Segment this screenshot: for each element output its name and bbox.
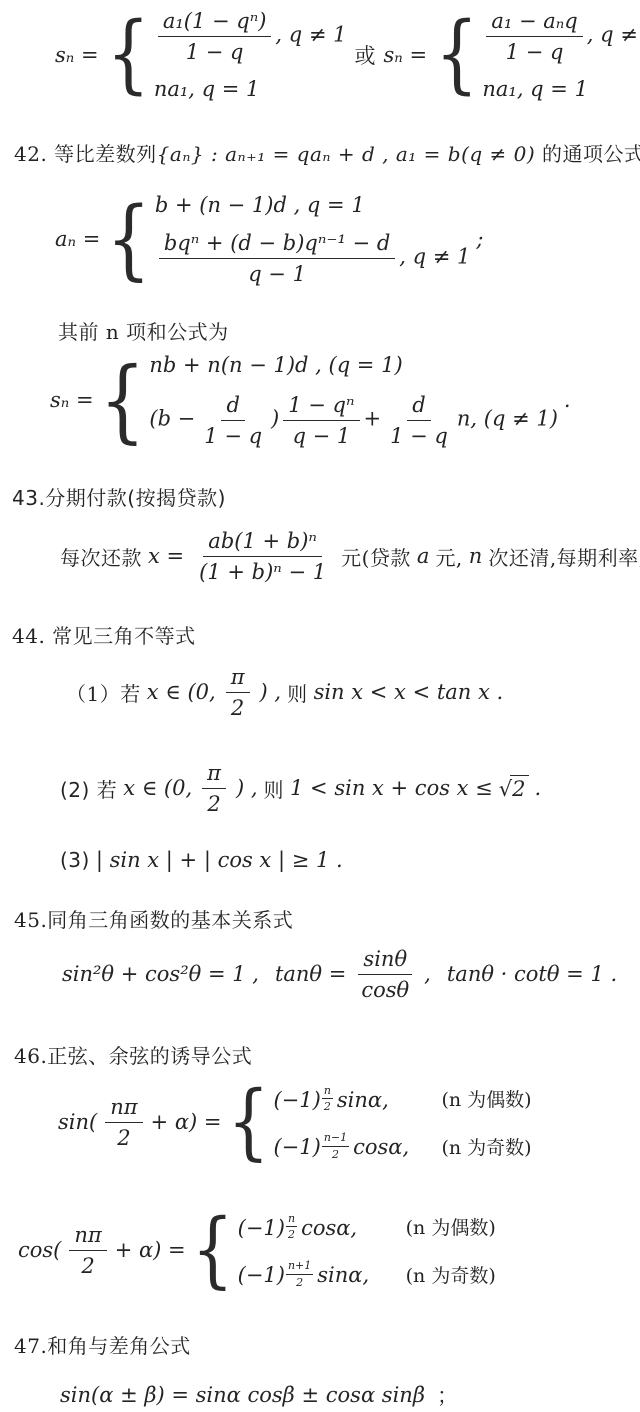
semicolon: ; (476, 227, 483, 251)
cases-46-cos: { (−1)n2cosα,(n 为偶数) (−1)n+12sinα,(n 为奇数… (192, 1212, 496, 1289)
sin-sum-identity: sin(α ± β) = sinα cosβ ± cosα sinβ (60, 1383, 425, 1407)
case-expr: nb + n(n − 1)d , (q = 1) (149, 353, 402, 377)
exp-denominator: 2 (324, 1099, 331, 1113)
numerator: π (202, 760, 226, 789)
case-row: na₁, q = 1 (154, 76, 347, 102)
numerator: d (407, 392, 430, 421)
denominator: (1 + b)ⁿ − 1 (194, 557, 331, 584)
case-expr: (−1)n2sinα, (273, 1084, 441, 1113)
cases-geometric-sum-2: { a₁ − aₙq1 − q, q ≠ 1 na₁, q = 1 (435, 8, 640, 103)
fraction: d1 − q (385, 392, 453, 448)
unit-text: 元(贷款 (341, 542, 411, 571)
sn-lhs-2: sₙ = (384, 43, 428, 67)
formula-42-sum: sₙ = { nb + n(n − 1)d , (q = 1) (b −d1 −… (50, 352, 571, 449)
fraction: d1 − q (199, 392, 267, 448)
left-brace: { (435, 13, 478, 98)
exp-numerator: n (286, 1212, 297, 1227)
math-formula-sheet-page: sₙ = { a₁(1 − qⁿ)1 − q, q ≠ 1 na₁, q = 1… (0, 0, 640, 1412)
case-rows: (−1)n2cosα,(n 为偶数) (−1)n+12sinα,(n 为奇数) (238, 1212, 496, 1289)
exp-numerator: n+1 (286, 1259, 313, 1274)
case-expr: b + (n − 1)d , q = 1 (155, 193, 365, 217)
payment-label: 每次还款 (60, 542, 142, 571)
case-row: na₁, q = 1 (482, 76, 640, 102)
denominator: 1 − q (181, 37, 249, 64)
fraction: 1 − qⁿq − 1 (283, 392, 359, 448)
exp-denominator: 2 (288, 1227, 295, 1241)
condition: n, (q ≠ 1) (457, 407, 558, 431)
exponent-fraction: n+12 (286, 1259, 313, 1288)
left-brace: { (106, 196, 151, 284)
sqrt-2: √2 (499, 775, 529, 801)
formula-43-installment: 每次还款 x = ab(1 + b)ⁿ(1 + b)ⁿ − 1 元(贷款 a 元… (60, 528, 640, 584)
case-row: bqⁿ + (d − b)qⁿ⁻¹ − dq − 1, q ≠ 1 (155, 230, 471, 286)
parity-note: (n 为偶数) (441, 1085, 531, 1112)
fraction: a₁(1 − qⁿ)1 − q (158, 8, 272, 64)
trig-term: sinα, (317, 1263, 369, 1287)
fraction: nπ2 (105, 1094, 142, 1150)
var-a: a (417, 544, 430, 568)
inequality-2: (2) 若 x ∈ (0, π2 ) , 则 1 < sin x + cos x… (60, 760, 541, 816)
heading-42-text: 42. 等比差数列 (14, 142, 157, 166)
radicand: 2 (510, 775, 528, 801)
exponent-fraction: n2 (322, 1084, 333, 1113)
denominator: q − 1 (288, 421, 356, 448)
trig-term: cosα, (353, 1135, 409, 1159)
heading-46-text: 46.正弦、余弦的诱导公式 (14, 1044, 252, 1068)
period: . (535, 776, 542, 800)
heading-47: 47.和角与差角公式 (14, 1330, 191, 1359)
heading-47-text: 47.和角与差角公式 (14, 1334, 191, 1358)
heading-44-text: 44. 常见三角不等式 (12, 624, 196, 648)
heading-42-math: {aₙ} : aₙ₊₁ = qaₙ + d , a₁ = b(q ≠ 0) (157, 142, 536, 166)
case-row: (b −d1 − q)1 − qⁿq − 1+d1 − qn, (q ≠ 1) (149, 392, 558, 448)
left-brace: { (100, 355, 146, 445)
sum-label-text: 其前 n 项和公式为 (58, 320, 229, 344)
condition: , q ≠ 1 (275, 23, 346, 47)
case-expr: (−1)n+12sinα, (238, 1259, 406, 1288)
base: (−1) (273, 1088, 320, 1112)
exp-denominator: 2 (296, 1275, 303, 1289)
var-n: n (469, 544, 483, 568)
numerator: π (226, 664, 250, 693)
fraction: sinθcosθ (356, 946, 414, 1002)
case-row: (−1)n2cosα,(n 为偶数) (238, 1212, 496, 1241)
numerator: nπ (69, 1222, 106, 1251)
comma: , (424, 962, 431, 986)
case-expr: na₁, q = 1 (154, 77, 260, 101)
heading-45: 45.同角三角函数的基本关系式 (14, 904, 293, 933)
condition: , q ≠ 1 (587, 23, 640, 47)
cases-46-sin: { (−1)n2sinα,(n 为偶数) (−1)n−12cosα,(n 为奇数… (227, 1084, 531, 1161)
formula-geometric-sum: sₙ = { a₁(1 − qⁿ)1 − q, q ≠ 1 na₁, q = 1… (55, 8, 640, 103)
exponent-fraction: n2 (286, 1212, 297, 1241)
sum-formula-label: 其前 n 项和公式为 (58, 316, 229, 345)
exp-denominator: 2 (332, 1147, 339, 1161)
item-3-label: (3) (60, 848, 90, 872)
numerator: sinθ (358, 946, 412, 975)
left-brace: { (107, 13, 150, 98)
denominator: 1 − q (385, 421, 453, 448)
then-word: 则 (287, 678, 308, 707)
rate-text: 次还清,每期利率为 (488, 542, 640, 571)
case-row: (−1)n−12cosα,(n 为奇数) (273, 1131, 531, 1160)
term: (b − (149, 407, 195, 431)
denominator: 2 (202, 789, 225, 816)
trig-term: cosα, (301, 1216, 357, 1240)
formula-46-cos: cos( nπ2 + α) = { (−1)n2cosα,(n 为偶数) (−1… (18, 1212, 496, 1289)
tan-lhs: tanθ = (275, 962, 346, 986)
exponent-fraction: n−12 (322, 1131, 349, 1160)
case-rows: nb + n(n − 1)d , (q = 1) (b −d1 − q)1 − … (149, 352, 558, 449)
plus-sign: + (364, 407, 382, 431)
cases-geometric-sum-1: { a₁(1 − qⁿ)1 − q, q ≠ 1 na₁, q = 1 (107, 8, 347, 103)
case-rows: a₁ − aₙq1 − q, q ≠ 1 na₁, q = 1 (482, 8, 640, 103)
item-1-label: （1）若 (66, 678, 141, 707)
heading-46: 46.正弦、余弦的诱导公式 (14, 1040, 252, 1069)
parity-note: (n 为偶数) (406, 1213, 496, 1240)
heading-42: 42. 等比差数列{aₙ} : aₙ₊₁ = qaₙ + d , a₁ = b(… (14, 138, 640, 167)
period: . (564, 388, 571, 412)
fraction: nπ2 (69, 1222, 106, 1278)
numerator: 1 − qⁿ (283, 392, 359, 421)
denominator: 2 (226, 693, 249, 720)
base: (−1) (238, 1263, 285, 1287)
numerator: nπ (105, 1094, 142, 1123)
denominator: 1 − q (501, 37, 569, 64)
formula-47-sin-sum: sin(α ± β) = sinα cosβ ± cosα sinβ ； (60, 1380, 458, 1410)
fraction: ab(1 + b)ⁿ(1 + b)ⁿ − 1 (194, 528, 331, 584)
exp-numerator: n−1 (322, 1131, 349, 1146)
case-expr: (−1)n2cosα, (238, 1212, 406, 1241)
or-word: 或 (355, 40, 376, 70)
semicolon: ； (437, 1380, 458, 1410)
case-rows: a₁(1 − qⁿ)1 − q, q ≠ 1 na₁, q = 1 (154, 8, 347, 103)
cases-general-term: { b + (n − 1)d , q = 1 bqⁿ + (d − b)qⁿ⁻¹… (106, 192, 470, 287)
cases-42-sum: { nb + n(n − 1)d , (q = 1) (b −d1 − q)1 … (100, 352, 558, 449)
fraction: π2 (226, 664, 250, 720)
cos-lhs-open: cos( (18, 1238, 61, 1262)
fraction: bqⁿ + (d − b)qⁿ⁻¹ − dq − 1 (159, 230, 395, 286)
close-paren: ) , (236, 776, 258, 800)
denominator: 1 − q (199, 421, 267, 448)
heading-43: 43.分期付款(按揭贷款) (12, 482, 226, 511)
inequality-3: (3) | sin x | + | cos x | ≥ 1 . (60, 848, 343, 872)
case-row: (−1)n2sinα,(n 为偶数) (273, 1084, 531, 1113)
inequality-expr: sin x < x < tan x . (314, 680, 504, 704)
numerator: ab(1 + b)ⁿ (203, 528, 322, 557)
domain-expr: x ∈ (0, (147, 680, 216, 704)
case-row: (−1)n+12sinα,(n 为奇数) (238, 1259, 496, 1288)
base: (−1) (238, 1216, 285, 1240)
item-2-label: (2) 若 (60, 774, 117, 803)
left-brace: { (227, 1081, 269, 1164)
an-lhs: aₙ = (55, 227, 100, 251)
heading-45-text: 45.同角三角函数的基本关系式 (14, 908, 293, 932)
sn-lhs: sₙ = (50, 388, 94, 412)
denominator: q − 1 (243, 259, 311, 286)
inequality-expr: | sin x | + | cos x | ≥ 1 . (96, 848, 343, 872)
sn-lhs: sₙ = (55, 43, 99, 67)
close-paren: ) , (260, 680, 282, 704)
inequality-expr: 1 < sin x + cos x ≤ (290, 776, 493, 800)
domain-expr: x ∈ (0, (123, 776, 192, 800)
left-brace: { (192, 1209, 234, 1292)
case-rows: b + (n − 1)d , q = 1 bqⁿ + (d − b)qⁿ⁻¹ −… (155, 192, 471, 287)
trig-term: sinα, (337, 1088, 389, 1112)
sin-lhs-close: + α) = (151, 1110, 222, 1134)
x-equals: x = (148, 544, 184, 568)
case-row: a₁ − aₙq1 − q, q ≠ 1 (482, 8, 640, 64)
numerator: bqⁿ + (d − b)qⁿ⁻¹ − d (159, 230, 395, 259)
inequality-1: （1）若 x ∈ (0, π2 ) , 则 sin x < x < tan x … (66, 664, 503, 720)
pythagorean-identity: sin²θ + cos²θ = 1 , (62, 962, 259, 986)
denominator: 2 (112, 1123, 135, 1150)
numerator: a₁ − aₙq (486, 8, 582, 37)
condition: , q ≠ 1 (399, 245, 470, 269)
denominator: cosθ (356, 975, 414, 1002)
fraction: a₁ − aₙq1 − q (486, 8, 582, 64)
case-row: a₁(1 − qⁿ)1 − q, q ≠ 1 (154, 8, 347, 64)
case-expr: (−1)n−12cosα, (273, 1131, 441, 1160)
exp-numerator: n (322, 1084, 333, 1099)
case-row: nb + n(n − 1)d , (q = 1) (149, 352, 558, 378)
heading-44: 44. 常见三角不等式 (12, 620, 196, 649)
formula-45-identities: sin²θ + cos²θ = 1 , tanθ = sinθcosθ , ta… (62, 946, 617, 1002)
parity-note: (n 为奇数) (441, 1133, 531, 1160)
formula-42-general-term: aₙ = { b + (n − 1)d , q = 1 bqⁿ + (d − b… (55, 192, 483, 287)
term: ) (271, 407, 279, 431)
cos-lhs-close: + α) = (115, 1238, 186, 1262)
denominator: 2 (76, 1251, 99, 1278)
parity-note: (n 为奇数) (406, 1261, 496, 1288)
sin-lhs-open: sin( (58, 1110, 97, 1134)
tan-cot-identity: tanθ · cotθ = 1 . (447, 962, 617, 986)
unit-text: 元, (435, 542, 462, 571)
case-row: b + (n − 1)d , q = 1 (155, 192, 471, 218)
heading-42-tail: 的通项公式为 (542, 142, 640, 166)
fraction: π2 (202, 760, 226, 816)
numerator: a₁(1 − qⁿ) (158, 8, 272, 37)
case-rows: (−1)n2sinα,(n 为偶数) (−1)n−12cosα,(n 为奇数) (273, 1084, 531, 1161)
formula-46-sin: sin( nπ2 + α) = { (−1)n2sinα,(n 为偶数) (−1… (58, 1084, 532, 1161)
case-expr: na₁, q = 1 (482, 77, 588, 101)
base: (−1) (273, 1135, 320, 1159)
numerator: d (221, 392, 244, 421)
then-word: 则 (264, 774, 285, 803)
heading-43-text: 43.分期付款(按揭贷款) (12, 486, 226, 510)
